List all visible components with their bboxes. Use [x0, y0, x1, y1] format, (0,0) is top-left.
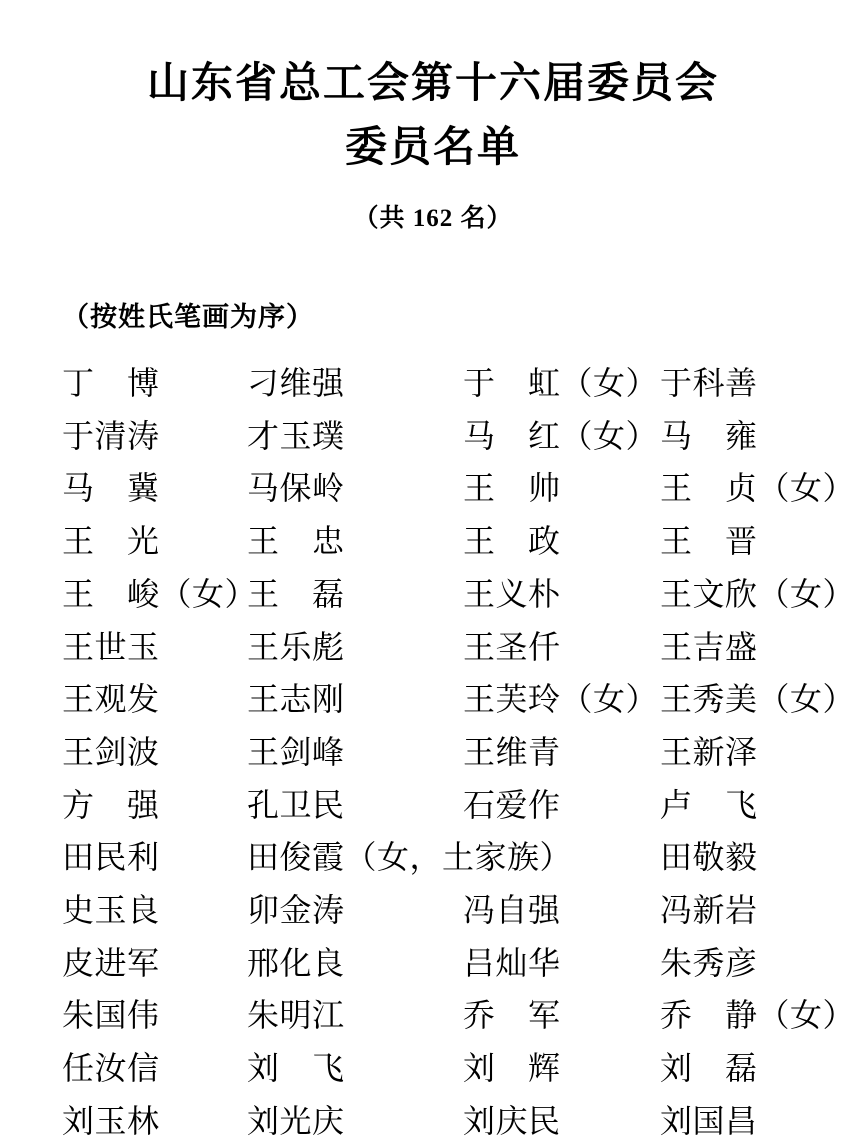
member-name: 刘 飞	[247, 1051, 345, 1085]
member-name: 吕灿华	[463, 946, 561, 980]
member-name: 王吉盛	[660, 630, 758, 664]
member-name: 王观发	[62, 682, 160, 716]
member-name: 乔 静（女）	[660, 998, 855, 1032]
member-name: 王圣仟	[463, 630, 561, 664]
member-name: 皮进军	[62, 946, 160, 980]
member-name: 石爱作	[463, 788, 561, 822]
member-name: 刘玉林	[62, 1104, 160, 1138]
member-name: 田民利	[62, 840, 160, 874]
member-name: 邢化良	[247, 946, 345, 980]
member-name: 冯自强	[463, 893, 561, 927]
member-name: 王维青	[463, 735, 561, 769]
member-name: 王世玉	[62, 630, 160, 664]
member-name: 史玉良	[62, 893, 160, 927]
member-name: 才玉璞	[247, 419, 345, 453]
member-name: 王乐彪	[247, 630, 345, 664]
member-name: 王芙玲（女）	[463, 682, 658, 716]
member-name: 马保岭	[247, 471, 345, 505]
member-name: 刘庆民	[463, 1104, 561, 1138]
member-name: 卯金涛	[247, 893, 345, 927]
member-name: 王剑波	[62, 735, 160, 769]
member-name: 王 磊	[247, 577, 345, 611]
member-name: 王 贞（女）	[660, 471, 855, 505]
member-name: 朱秀彦	[660, 946, 758, 980]
member-name: 方 强	[62, 788, 160, 822]
member-name: 于 虹（女）	[463, 366, 658, 400]
member-name: 王文欣（女）	[660, 577, 855, 611]
member-name: 王 政	[463, 524, 561, 558]
member-name: 王剑峰	[247, 735, 345, 769]
member-name: 王秀美（女）	[660, 682, 855, 716]
member-name: 王 忠	[247, 524, 345, 558]
member-name: 王 光	[62, 524, 160, 558]
member-name: 王 晋	[660, 524, 758, 558]
member-name: 刘 辉	[463, 1051, 561, 1085]
member-name: 王新泽	[660, 735, 758, 769]
member-name: 王义朴	[463, 577, 561, 611]
member-name: 刘光庆	[247, 1104, 345, 1138]
member-name: 孔卫民	[247, 788, 345, 822]
member-name: 马 冀	[62, 471, 160, 505]
member-name: 刘国昌	[660, 1104, 758, 1138]
member-name: 马 红（女）	[463, 419, 658, 453]
member-name: 王志刚	[247, 682, 345, 716]
member-name: 朱明江	[247, 998, 345, 1032]
member-name: 朱国伟	[62, 998, 160, 1032]
member-name: 王 峻（女）	[62, 577, 257, 611]
member-name: 卢 飞	[660, 788, 758, 822]
document-page: 山东省总工会第十六届委员会 委员名单 （共 162 名） （按姓氏笔画为序） 丁…	[0, 0, 866, 1141]
member-name: 刘 磊	[660, 1051, 758, 1085]
member-name: 于科善	[660, 366, 758, 400]
member-name-list: 丁 博刁维强于 虹（女）于科善于清涛才玉璞马 红（女）马 雍马 冀马保岭王 帅王…	[0, 0, 866, 1141]
member-name: 乔 军	[463, 998, 561, 1032]
member-name: 任汝信	[62, 1051, 160, 1085]
member-name: 田敬毅	[660, 840, 758, 874]
member-name: 王 帅	[463, 471, 561, 505]
member-name: 丁 博	[62, 366, 160, 400]
member-name: 冯新岩	[660, 893, 758, 927]
member-name: 刁维强	[247, 366, 345, 400]
member-name: 于清涛	[62, 419, 160, 453]
member-name: 马 雍	[660, 419, 758, 453]
member-name: 田俊霞（女，土家族）	[247, 840, 572, 874]
